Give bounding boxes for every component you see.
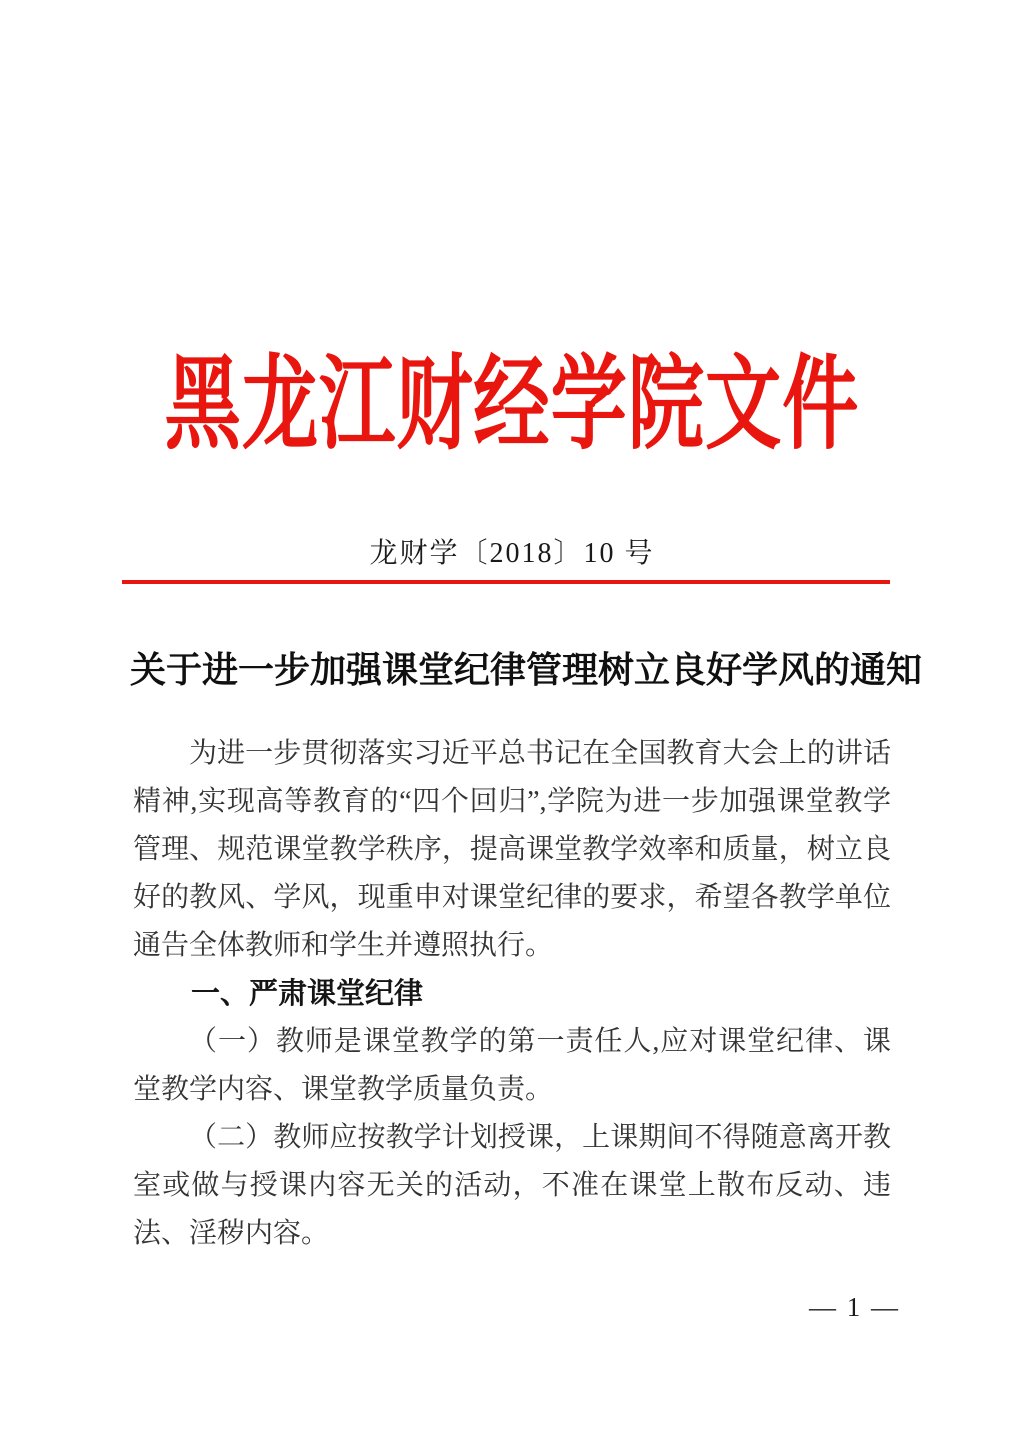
document-page: 黑龙江财经学院文件 龙财学〔2018〕10 号 关于进一步加强课堂纪律管理树立良… [0,0,1024,1448]
section-heading-1: 一、严肃课堂纪律 [133,970,891,1018]
paragraph-item-2: （二）教师应按教学计划授课，上课期间不得随意离开教室或做与授课内容无关的活动，不… [133,1114,891,1258]
document-masthead-title: 黑龙江财经学院文件 [36,354,988,457]
paragraph-intro: 为进一步贯彻落实习近平总书记在全国教育大会上的讲话精神,实现高等教育的“四个回归… [133,730,891,970]
document-body: 为进一步贯彻落实习近平总书记在全国教育大会上的讲话精神,实现高等教育的“四个回归… [133,730,891,1258]
paragraph-item-1: （一）教师是课堂教学的第一责任人,应对课堂纪律、课堂教学内容、课堂教学质量负责。 [133,1018,891,1114]
red-divider-line [122,580,890,584]
notice-title: 关于进一步加强课堂纪律管理树立良好学风的通知 [130,648,894,693]
document-reference-number: 龙财学〔2018〕10 号 [0,531,1024,571]
page-number: — 1 — [809,1292,900,1323]
